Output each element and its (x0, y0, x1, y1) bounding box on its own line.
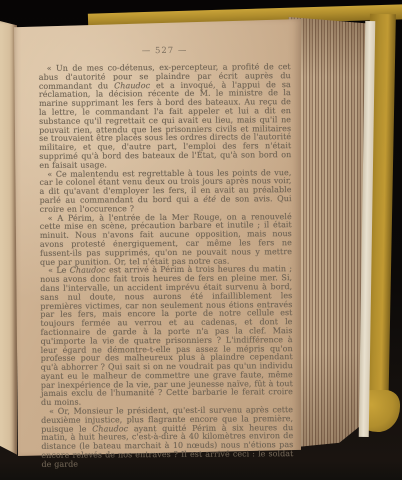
page-number: — 527 — (39, 45, 291, 57)
paragraph: « Or, Monsieur le président, qu'est-il s… (41, 406, 293, 469)
page-text-body: « Un de mes co-détenus, ex-percepteur, a… (39, 63, 294, 469)
paragraph: « A Périm, à l'entrée de la Mer Rouge, o… (40, 213, 292, 268)
paragraph: « Ce malentendu est regrettable à tous l… (39, 169, 291, 215)
paragraph: « Le Chaudoc est arrivé à Périm à trois … (40, 265, 293, 408)
gutter-page-sliver (0, 21, 17, 459)
paragraph: « Un de mes co-détenus, ex-percepteur, a… (39, 63, 292, 170)
book-photo: — 527 — « Un de mes co-détenus, ex-perce… (0, 0, 402, 480)
page-text: — 527 — « Un de mes co-détenus, ex-perce… (39, 45, 294, 469)
